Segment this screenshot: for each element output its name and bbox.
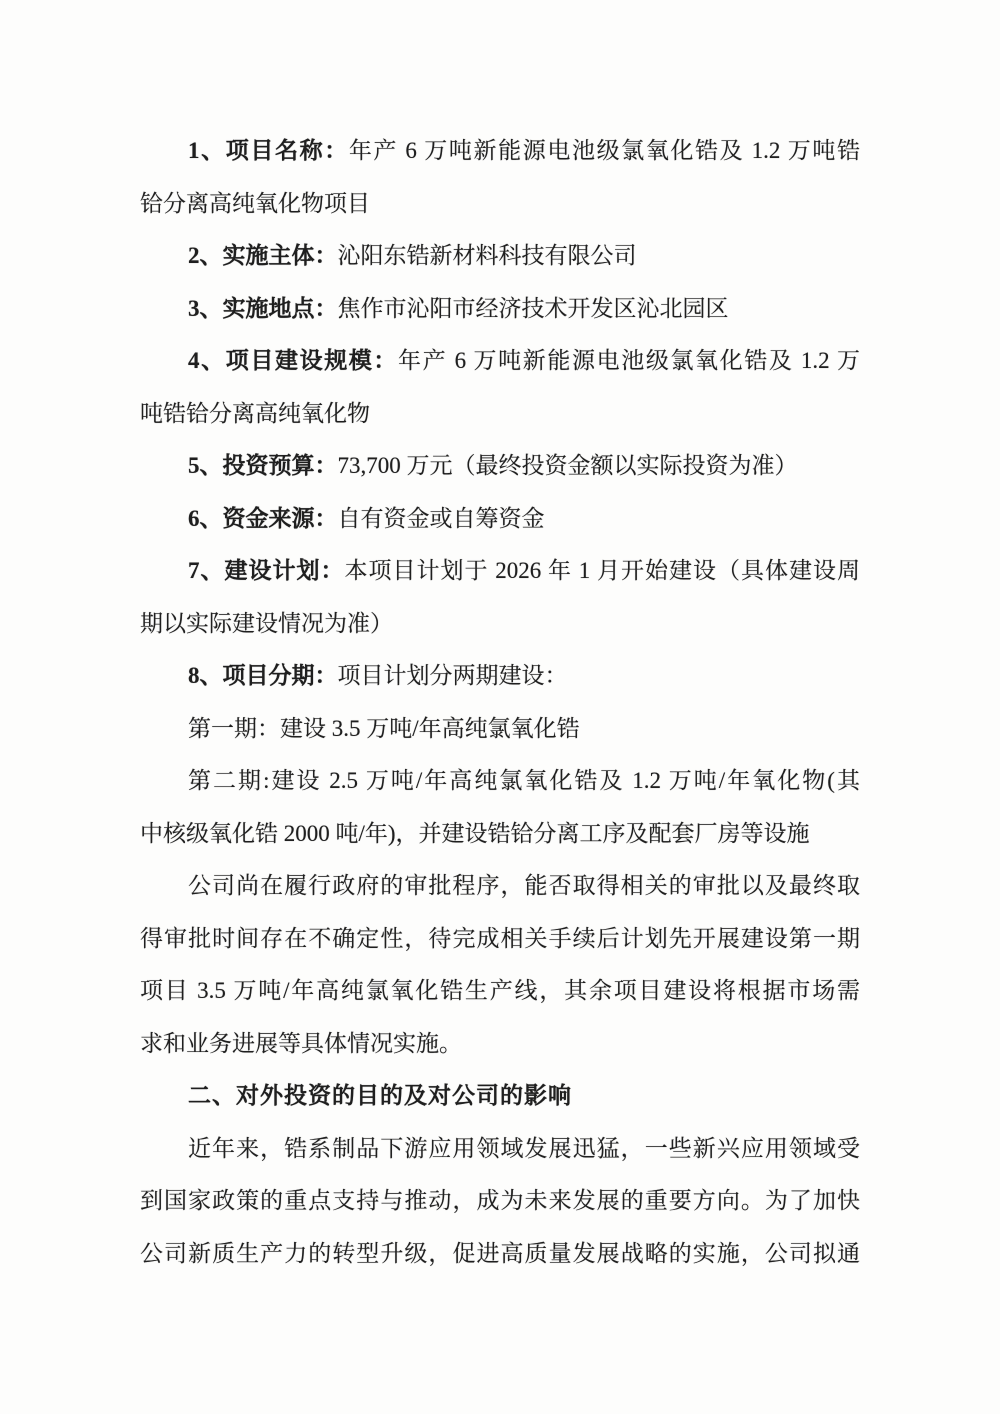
text-line: 2、实施主体：沁阳东锆新材料科技有限公司 [140,230,860,283]
item-label: 5、投资预算： [188,453,338,478]
item-label: 6、资金来源： [188,506,338,531]
section-heading: 二、对外投资的目的及对公司的影响 [140,1070,860,1123]
text-line: 3、实施地点：焦作市沁阳市经济技术开发区沁北园区 [140,283,860,336]
text-segment: 铪分离高纯氧化物项目 [140,191,370,216]
text-segment: 73,700 万元（最终投资金额以实际投资为准） [338,453,798,478]
text-segment: 吨锆铪分离高纯氧化物 [140,401,370,426]
text-segment: 中核级氧化锆 2000 吨/年)，并建设锆铪分离工序及配套厂房等设施 [140,821,810,846]
text-segment: 第二期:建设 2.5 万吨/年高纯氯氧化锆及 1.2 万吨/年氧化物(其 [188,768,860,793]
text-line: 1、项目名称：年产 6 万吨新能源电池级氯氧化锆及 1.2 万吨锆 [140,125,860,178]
text-line: 第一期：建设 3.5 万吨/年高纯氯氧化锆 [140,703,860,756]
text-line: 吨锆铪分离高纯氧化物 [140,388,860,441]
item-label: 2、实施主体： [188,243,338,268]
document-page: 1、项目名称：年产 6 万吨新能源电池级氯氧化锆及 1.2 万吨锆铪分离高纯氧化… [0,0,1000,1414]
text-segment: 到国家政策的重点支持与推动，成为未来发展的重要方向。为了加快 [140,1188,860,1213]
text-line: 铪分离高纯氧化物项目 [140,178,860,231]
text-segment: 期以实际建设情况为准） [140,611,393,636]
text-line: 8、项目分期：项目计划分两期建设： [140,650,860,703]
text-segment: 项目计划分两期建设： [338,663,568,688]
text-segment: 沁阳东锆新材料科技有限公司 [338,243,637,268]
text-line: 中核级氧化锆 2000 吨/年)，并建设锆铪分离工序及配套厂房等设施 [140,808,860,861]
text-segment: 项目 3.5 万吨/年高纯氯氧化锆生产线，其余项目建设将根据市场需 [140,978,860,1003]
item-label: 8、项目分期： [188,663,338,688]
text-segment: 第一期：建设 3.5 万吨/年高纯氯氧化锆 [188,716,580,741]
text-line: 求和业务进展等具体情况实施。 [140,1018,860,1071]
text-segment: 本项目计划于 2026 年 1 月开始建设（具体建设周 [345,558,861,583]
text-segment: 求和业务进展等具体情况实施。 [140,1031,462,1056]
text-line: 到国家政策的重点支持与推动，成为未来发展的重要方向。为了加快 [140,1175,860,1228]
text-line: 第二期:建设 2.5 万吨/年高纯氯氧化锆及 1.2 万吨/年氧化物(其 [140,755,860,808]
text-line: 公司新质生产力的转型升级，促进高质量发展战略的实施，公司拟通 [140,1228,860,1281]
text-segment: 焦作市沁阳市经济技术开发区沁北园区 [338,296,729,321]
text-line: 得审批时间存在不确定性，待完成相关手续后计划先开展建设第一期 [140,913,860,966]
item-label: 4、项目建设规模： [188,348,398,373]
text-segment: 年产 6 万吨新能源电池级氯氧化锆及 1.2 万吨锆 [349,138,860,163]
text-line: 7、建设计划：本项目计划于 2026 年 1 月开始建设（具体建设周 [140,545,860,598]
text-segment: 近年来，锆系制品下游应用领域发展迅猛，一些新兴应用领域受 [188,1136,860,1161]
text-line: 项目 3.5 万吨/年高纯氯氧化锆生产线，其余项目建设将根据市场需 [140,965,860,1018]
text-segment: 年产 6 万吨新能源电池级氯氧化锆及 1.2 万 [398,348,860,373]
text-line: 5、投资预算：73,700 万元（最终投资金额以实际投资为准） [140,440,860,493]
text-segment: 得审批时间存在不确定性，待完成相关手续后计划先开展建设第一期 [140,926,860,951]
text-segment: 自有资金或自筹资金 [338,506,545,531]
item-label: 1、项目名称： [188,138,349,163]
text-segment: 公司尚在履行政府的审批程序，能否取得相关的审批以及最终取 [188,873,860,898]
text-line: 期以实际建设情况为准） [140,598,860,651]
item-label: 7、建设计划： [188,558,345,583]
text-line: 近年来，锆系制品下游应用领域发展迅猛，一些新兴应用领域受 [140,1123,860,1176]
text-block: 1、项目名称：年产 6 万吨新能源电池级氯氧化锆及 1.2 万吨锆铪分离高纯氧化… [140,125,860,1280]
item-label: 3、实施地点： [188,296,338,321]
text-segment: 二、对外投资的目的及对公司的影响 [188,1083,572,1108]
text-line: 4、项目建设规模：年产 6 万吨新能源电池级氯氧化锆及 1.2 万 [140,335,860,388]
text-segment: 公司新质生产力的转型升级，促进高质量发展战略的实施，公司拟通 [140,1241,860,1266]
text-line: 6、资金来源：自有资金或自筹资金 [140,493,860,546]
text-line: 公司尚在履行政府的审批程序，能否取得相关的审批以及最终取 [140,860,860,913]
